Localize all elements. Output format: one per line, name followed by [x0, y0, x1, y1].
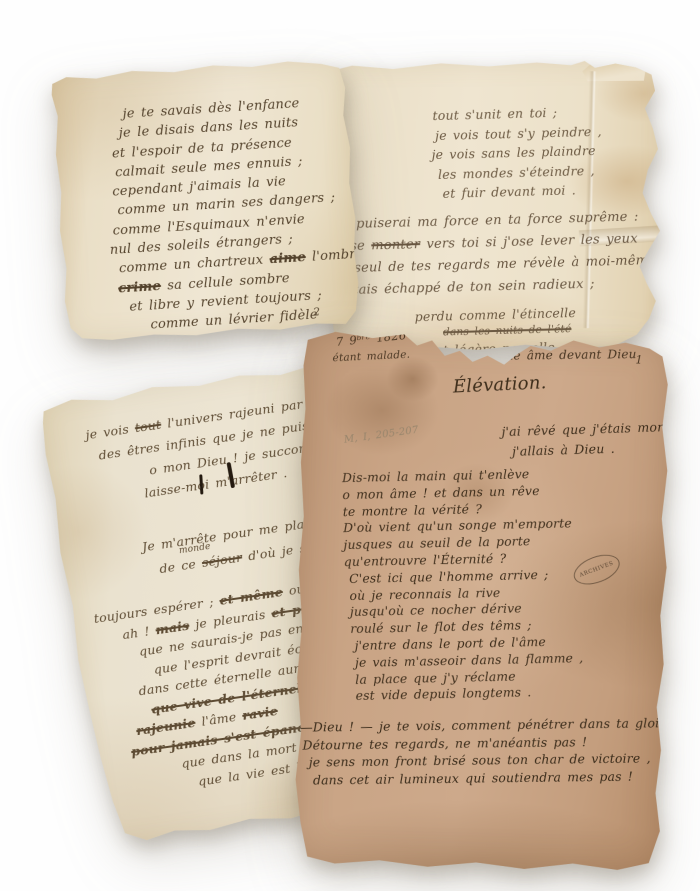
date-annotation: 7 9ᵇʳᵉ 1826	[335, 328, 407, 349]
paper-top-right: tout s'unit en toi ;je vois tout s'y pei…	[325, 59, 670, 354]
pencil-margin-note: M, I, 205-207	[343, 425, 419, 446]
sheet-bottom-right: 7 9ᵇʳᵉ 1826 étant malade. une âme devant…	[290, 328, 674, 874]
page-number: 1	[635, 353, 642, 366]
manuscript-photo: tout s'unit en toi ;je vois tout s'y pei…	[0, 0, 700, 891]
paper-bottom-right: 7 9ᵇʳᵉ 1826 étant malade. une âme devant…	[290, 328, 674, 874]
page-number: 2	[313, 305, 321, 318]
health-annotation: étant malade.	[332, 349, 410, 365]
poem-stanza-lines: Dis-moi la main qui t'enlèveo mon âme ! …	[342, 465, 584, 705]
sheet-top-left: je te savais dès l'enfanceje le disais d…	[48, 55, 364, 345]
epigraph-lines: j'ai rêvé que j'étais mort et quej'allai…	[501, 416, 700, 462]
poem-title: Élévation.	[452, 372, 546, 397]
paper-top-left: je te savais dès l'enfanceje le disais d…	[48, 55, 364, 345]
manuscript-line: et fuir devant moi .	[442, 180, 603, 204]
sheet-top-right: tout s'unit en toi ;je vois tout s'y pei…	[325, 59, 670, 354]
manuscript-line: est vide depuis longtems .	[355, 683, 584, 705]
manuscript-line: j'ai rêvé que j'étais mort et que	[501, 416, 700, 442]
header-annotation: une âme devant Dieu	[498, 347, 637, 363]
poem-closing-lines: —Dieu ! — je te vois, comment pénétrer d…	[300, 714, 685, 789]
poem-lines: je te savais dès l'enfanceje le disais d…	[122, 91, 368, 336]
stanza-short-lines: tout s'unit en toi ;je vois tout s'y pei…	[432, 102, 603, 204]
stanza-long-lines: je puiserai ma force en ta force suprême…	[337, 206, 667, 303]
